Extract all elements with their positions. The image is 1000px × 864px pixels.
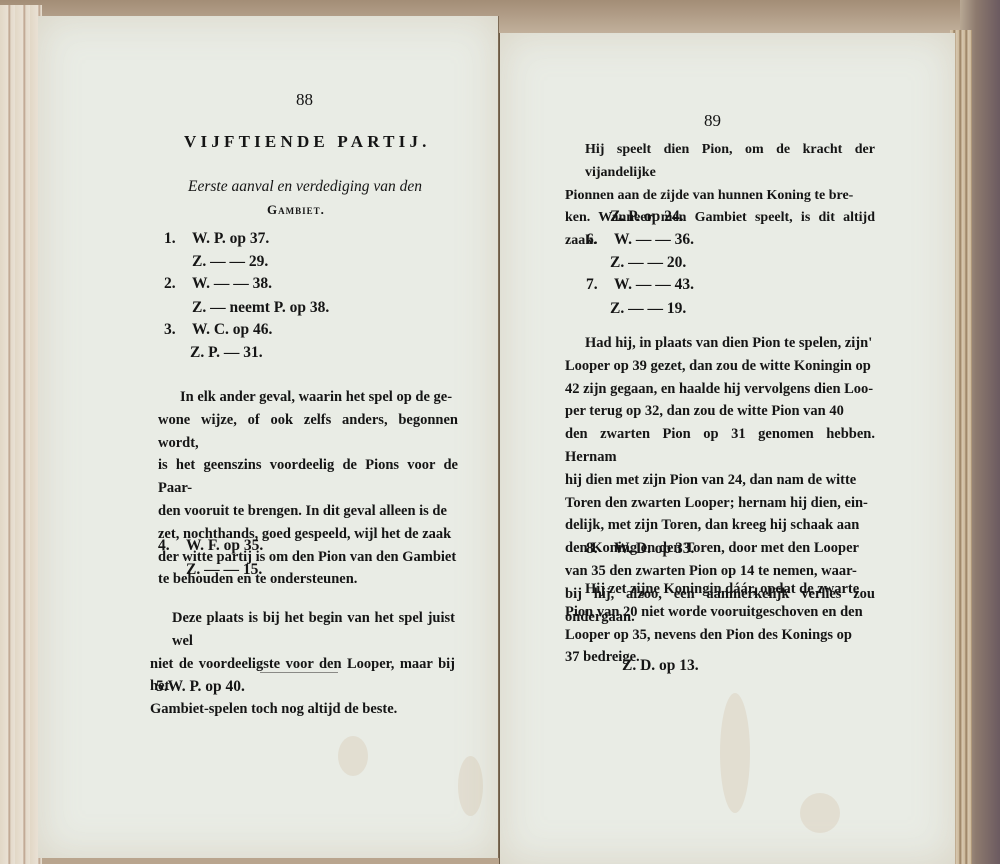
- page-number-right: 89: [704, 111, 721, 131]
- move-line: 1.W. P. op 37.: [164, 230, 269, 248]
- section-divider: [260, 672, 338, 673]
- chapter-subtitle-gambiet: Gambiet.: [267, 202, 325, 218]
- move-line: Z. P. — 31.: [190, 344, 263, 362]
- paper-stain: [458, 756, 483, 816]
- commentary-paragraph: Hij zet zijne Koningin dáár, opdat de zw…: [565, 578, 875, 669]
- paper-stain: [800, 793, 840, 833]
- left-page: 88 VIJFTIENDE PARTIJ. Eerste aanval en v…: [38, 16, 499, 858]
- move-line: Z. — — 15.: [186, 561, 262, 579]
- move-line: Z. D. op 13.: [622, 657, 699, 675]
- move-line: Z. — neemt P. op 38.: [192, 299, 329, 317]
- paper-stain: [338, 736, 368, 776]
- page-number-left: 88: [296, 90, 313, 110]
- right-page: 89 Hij speelt dien Pion, om de kracht de…: [499, 33, 955, 864]
- move-line: Z. — — 20.: [610, 254, 686, 272]
- move-line: 2.W. — — 38.: [164, 275, 272, 293]
- move-line: 4.W. F. op 35.: [158, 537, 263, 555]
- paper-stain: [720, 693, 750, 813]
- left-page-edges: [0, 5, 42, 864]
- move-line: 6.W. — — 36.: [586, 231, 694, 249]
- chapter-subtitle: Eerste aanval en verdediging van den: [188, 178, 422, 196]
- move-line: 3.W. C. op 46.: [164, 321, 272, 339]
- move-line: 8.W. D. op 33.: [586, 540, 694, 558]
- move-line: Z. — — 19.: [610, 300, 686, 318]
- commentary-paragraph: Deze plaats is bij het begin van het spe…: [150, 607, 455, 721]
- chapter-title: VIJFTIENDE PARTIJ.: [184, 132, 431, 152]
- move-line: Z. P. op 24.: [610, 208, 684, 226]
- move-line: 7.W. — — 43.: [586, 276, 694, 294]
- move-line: Z. — — 29.: [192, 253, 268, 271]
- move-line: 5.W. P. op 40.: [156, 678, 245, 696]
